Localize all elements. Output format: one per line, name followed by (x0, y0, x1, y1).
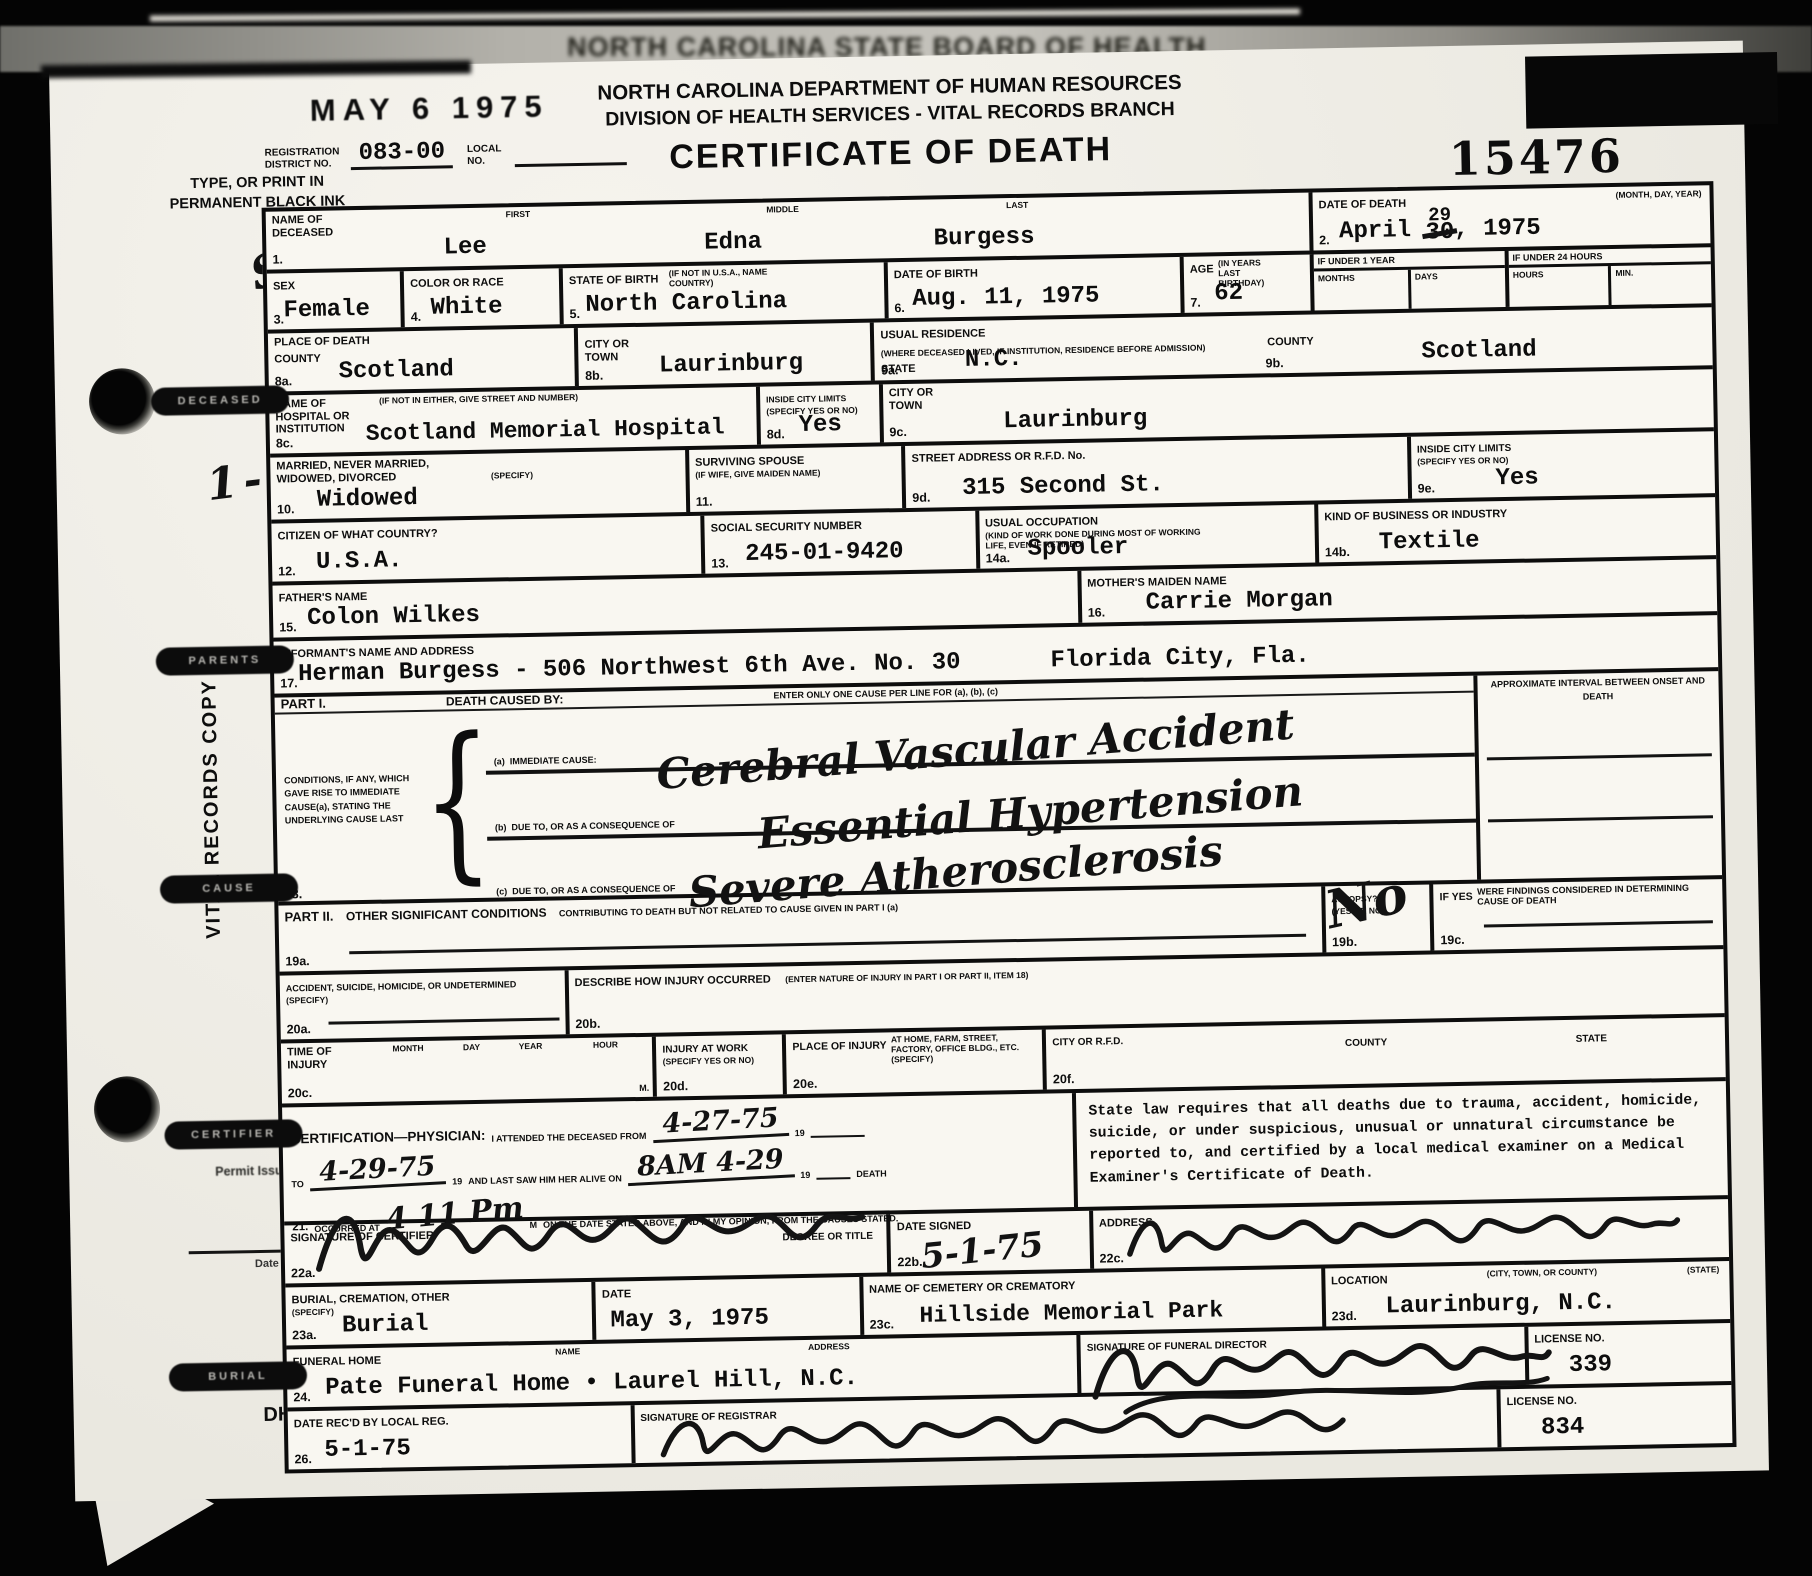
field-autopsy: AUTOPSY? (YES OR NO) 19b. No (1325, 884, 1434, 952)
accident-number: 20a. (287, 1022, 312, 1036)
spouse-sub: (IF WIFE, GIVE MAIDEN NAME) (695, 467, 896, 480)
field-residence-state: USUAL RESIDENCE (WHERE DECEASED LIVED, I… (874, 316, 1222, 380)
residence-county-value: Scotland (1421, 338, 1537, 364)
time-of-injury-number: 20c. (288, 1086, 313, 1100)
findings-pre-label: IF YES (1439, 891, 1472, 904)
pod-city-value: Laurinburg (659, 352, 803, 379)
date-received-label: DATE REC'D BY LOCAL REG. (294, 1416, 449, 1431)
field-citizen: CITIZEN OF WHAT COUNTRY? 12. U.S.A. (271, 516, 705, 582)
certificate-form: NAME OF DECEASED FIRST MIDDLE LAST 1. Le… (262, 181, 1737, 1473)
dod-year: , 1975 (1454, 214, 1541, 243)
birth-state-label: STATE OF BIRTH (569, 274, 659, 288)
funeral-home-label: FUNERAL HOME (293, 1355, 382, 1369)
days-label: DAYS (1411, 268, 1506, 309)
date-signed-number: 22b. (897, 1255, 922, 1269)
received-date-stamp: MAY 6 1975 (309, 88, 549, 128)
enter-only-label: ENTER ONLY ONE CAUSE PER LINE FOR (a), (… (773, 687, 998, 701)
field-sex: SEX 3. Female (267, 271, 405, 330)
hospital-icl-value: Yes (798, 413, 842, 438)
cause-a-tag: (a) (494, 756, 505, 766)
residence-city-value: Laurinburg (1003, 408, 1147, 435)
birth-state-value: North Carolina (585, 290, 787, 318)
field-certifier-signature: SIGNATURE OF CERTIFIER DEGREE OR TITLE 2… (284, 1214, 891, 1283)
first-name-value: Lee (443, 236, 487, 261)
first-label: FIRST (505, 209, 530, 219)
field-certifier-address: ADDRESS 22c. (1093, 1199, 1729, 1269)
cause-a-label: IMMEDIATE CAUSE: (510, 755, 597, 767)
accident-label: ACCIDENT, SUICIDE, HOMICIDE, OR UNDETERM… (286, 979, 517, 993)
location-sub2: (STATE) (1687, 1265, 1719, 1275)
cause-c-tag: (c) (496, 886, 507, 896)
tab-certifier: CERTIFIER (164, 1119, 302, 1150)
dod-sub-label: (MONTH, DAY, YEAR) (1616, 189, 1702, 200)
field-street-address: STREET ADDRESS OR R.F.D. No. 9d. 315 Sec… (905, 437, 1411, 508)
findings-number: 19c. (1440, 933, 1465, 947)
part1-label: PART I. (281, 697, 327, 713)
mother-number: 16. (1088, 605, 1106, 619)
describe-number: 20b. (575, 1017, 600, 1031)
tab-parents: PARENTS (156, 645, 294, 676)
middle-label: MIDDLE (766, 204, 799, 215)
hospital-number: 8c. (276, 436, 294, 450)
conditions-text: CONDITIONS, IF ANY, WHICH GAVE RISE TO I… (284, 772, 413, 828)
date-signed-label: DATE SIGNED (897, 1220, 972, 1234)
accident-line (328, 1017, 559, 1024)
hospital-icl-label: INSIDE CITY LIMITS (766, 394, 846, 405)
street-number: 9d. (912, 491, 930, 505)
age-value: 62 (1214, 282, 1243, 307)
part1-main: PART I. DEATH CAUSED BY: ENTER ONLY ONE … (275, 676, 1477, 902)
funeral-home-name-sub: NAME (555, 1346, 580, 1356)
burial-date-label: DATE (602, 1288, 631, 1301)
cause-b-label: DUE TO, OR AS A CONSEQUENCE OF (511, 819, 675, 832)
last-name-value: Burgess (933, 226, 1034, 252)
funeral-home-value: Pate Funeral Home • Laurel Hill, N.C. (325, 1367, 858, 1401)
field-if-under-24-hours: IF UNDER 24 HOURS HOURS MIN. (1508, 247, 1711, 307)
year-label: YEAR (519, 1041, 543, 1051)
marital-value: Widowed (317, 487, 418, 513)
cemetery-value: Hillside Memorial Park (919, 1299, 1223, 1328)
father-label: FATHER'S NAME (279, 591, 368, 605)
field-ssn: SOCIAL SECURITY NUMBER 13. 245-01-9420 (704, 511, 979, 574)
location-value: Laurinburg, N.C. (1385, 1291, 1616, 1319)
alive-year-prefix: 19 (800, 1170, 810, 1180)
months-label: MONTHS (1314, 270, 1412, 311)
pod-city-label: CITY OR TOWN (584, 338, 638, 364)
residence-icl-value: Yes (1495, 466, 1539, 491)
residence-city-number: 9c. (889, 425, 907, 439)
field-funeral-director: SIGNATURE OF FUNERAL DIRECTOR (1081, 1327, 1530, 1393)
interval-column: APPROXIMATE INTERVAL BETWEEN ONSET AND D… (1473, 671, 1722, 879)
pod-label: PLACE OF DEATH (274, 331, 569, 349)
field-place-of-injury: PLACE OF INJURY AT HOME, FARM, STREET, F… (786, 1030, 1047, 1095)
field-date-signed: DATE SIGNED 22b. 5-1-75 (891, 1211, 1094, 1273)
injury-location-number: 20f. (1053, 1072, 1075, 1086)
sex-value: Female (283, 298, 370, 324)
field-residence-inside-city: INSIDE CITY LIMITS (SPECIFY YES OR NO) 9… (1411, 431, 1715, 499)
cause-c-label: DUE TO, OR AS A CONSEQUENCE OF (512, 883, 676, 896)
punch-hole-top (88, 368, 155, 435)
burial-value: Burial (342, 1313, 429, 1339)
field-marital-status: MARRIED, NEVER MARRIED, WIDOWED, DIVORCE… (270, 450, 690, 520)
registrar-signature (654, 1392, 1355, 1471)
accident-sub: (SPECIFY) (286, 991, 559, 1006)
cause-lines: (a) IMMEDIATE CAUSE: Cerebral Vascular A… (485, 693, 1477, 901)
field-time-of-injury: TIME OF INJURY MONTH DAY YEAR HOUR 20c. … (281, 1037, 657, 1104)
last-saw-label: AND LAST SAW HIM HER ALIVE ON (468, 1173, 622, 1186)
meridiem-label: M. (639, 1083, 649, 1093)
dob-label: DATE OF BIRTH (894, 268, 978, 282)
field-burial-date: DATE May 3, 1975 (596, 1277, 864, 1340)
marital-label: MARRIED, NEVER MARRIED, WIDOWED, DIVORCE… (276, 457, 486, 486)
field-license-1: LICENSE NO. 339 (1528, 1323, 1731, 1385)
residence-county-number: 9b. (1265, 356, 1283, 370)
part2-label: PART II. (284, 910, 333, 926)
tab-deceased: DECEASED (151, 385, 289, 416)
other-conditions-label: OTHER SIGNIFICANT CONDITIONS (346, 907, 547, 924)
license1-value: 339 (1569, 1353, 1613, 1378)
certificate-page: TYPE, OR PRINT IN PERMANENT BLACK INK S … (49, 41, 1769, 1502)
name-label: NAME OF DECEASED (272, 213, 352, 240)
tab-burial: BURIAL (169, 1361, 307, 1392)
min-label: MIN. (1611, 264, 1711, 305)
place-of-injury-label: PLACE OF INJURY (792, 1039, 886, 1053)
alive-year-blank (816, 1164, 850, 1180)
age-item-number: 7. (1190, 296, 1201, 310)
injury-at-work-number: 20d. (663, 1079, 688, 1093)
race-value: White (430, 295, 502, 320)
other-conditions-line (349, 934, 1306, 955)
field-findings: IF YES WERE FINDINGS CONSIDERED IN DETER… (1433, 879, 1723, 950)
middle-name-value: Edna (704, 231, 762, 256)
field-industry: KIND OF BUSINESS OR INDUSTRY 14b. Textil… (1318, 497, 1716, 562)
describe-label: DESCRIBE HOW INJURY OCCURRED (575, 974, 771, 990)
field-if-under-1-year: IF UNDER 1 YEAR MONTHS DAYS (1313, 251, 1509, 311)
citizen-number: 12. (278, 564, 296, 578)
field-injury-at-work: INJURY AT WORK (SPECIFY YES OR NO) 20d. (656, 1034, 787, 1096)
alive-value: 8AM 4-29 (627, 1143, 795, 1186)
last-label: LAST (1006, 200, 1028, 210)
field-date-received: DATE REC'D BY LOCAL REG. 26. 5-1-75 (288, 1405, 636, 1469)
attended-label: I ATTENDED THE DECEASED FROM (491, 1131, 646, 1144)
redaction-block (1525, 52, 1778, 129)
location-sub1: (CITY, TOWN, OR COUNTY) (1487, 1267, 1598, 1279)
cause-b-tag: (b) (495, 822, 507, 832)
funeral-home-number: 24. (293, 1390, 311, 1404)
scan-streak (150, 8, 1300, 21)
dod-day-correction: 2930 (1425, 208, 1454, 243)
pod-city-number: 8b. (585, 369, 603, 383)
father-value: Colon Wilkes (307, 604, 480, 631)
dod-month: April (1339, 217, 1411, 245)
spouse-number: 11. (696, 495, 713, 509)
field-burial: BURIAL, CREMATION, OTHER (SPECIFY) 23a. … (285, 1282, 596, 1346)
interval-label: APPROXIMATE INTERVAL BETWEEN ONSET AND D… (1483, 674, 1713, 705)
field-hospital: NAME OF HOSPITAL OR INSTITUTION (IF NOT … (269, 387, 761, 454)
conditions-brace: { (421, 714, 494, 886)
state-law-notice: State law requires that all deaths due t… (1076, 1081, 1728, 1207)
punch-hole-bottom (93, 1076, 160, 1143)
place-of-injury-sub: AT HOME, FARM, STREET, FACTORY, OFFICE B… (891, 1033, 1022, 1065)
hospital-sub: (IF NOT IN EITHER, GIVE STREET AND NUMBE… (379, 393, 578, 406)
time-of-injury-label: TIME OF INJURY (287, 1045, 347, 1071)
describe-sub: (ENTER NATURE OF INJURY IN PART I OR PAR… (785, 971, 1028, 985)
injury-at-work-label: INJURY AT WORK (662, 1043, 748, 1056)
row-part1-cause: PART I. DEATH CAUSED BY: ENTER ONLY ONE … (275, 671, 1723, 905)
father-number: 15. (279, 620, 297, 634)
citizen-label: CITIZEN OF WHAT COUNTRY? (277, 528, 437, 544)
race-label: COLOR OR RACE (410, 276, 504, 290)
street-value: 315 Second St. (962, 473, 1164, 501)
residence-icl-number: 9e. (1418, 481, 1436, 495)
residence-city-label: CITY OR TOWN (889, 386, 935, 412)
field-accident: ACCIDENT, SUICIDE, HOMICIDE, OR UNDETERM… (280, 970, 570, 1039)
death-word: DEATH (856, 1168, 887, 1179)
residence-icl-label: INSIDE CITY LIMITS (1417, 443, 1511, 456)
ssn-label: SOCIAL SECURITY NUMBER (711, 520, 862, 535)
residence-state-label: STATE (881, 357, 1216, 376)
date-label: Date (255, 1258, 279, 1270)
dod-day-struck: 30 (1425, 223, 1454, 243)
agency-header: NORTH CAROLINA DEPARTMENT OF HUMAN RESOU… (554, 70, 1226, 179)
informant-number: 17. (280, 676, 298, 690)
burial-label: BURIAL, CREMATION, OTHER (291, 1292, 449, 1308)
field-surviving-spouse: SURVIVING SPOUSE (IF WIFE, GIVE MAIDEN N… (689, 446, 907, 512)
findings-line (1484, 920, 1713, 927)
citizen-value: U.S.A. (316, 549, 403, 575)
cemetery-label: NAME OF CEMETERY OR CREMATORY (869, 1280, 1076, 1296)
residence-sub: (WHERE DECEASED LIVED, IF INSTITUTION, R… (881, 343, 1206, 359)
tab-cause: CAUSE (160, 873, 298, 904)
other-conditions-number: 19a. (285, 954, 310, 968)
industry-number: 14b. (1325, 545, 1350, 559)
day-label: DAY (463, 1042, 480, 1052)
field-age: AGE (IN YEARS LAST BIRTHDAY) 7. 62 (1184, 255, 1315, 313)
from-year-prefix: 19 (795, 1128, 805, 1138)
field-hospital-inside-city: INSIDE CITY LIMITS (SPECIFY YES OR NO) 8… (760, 384, 884, 444)
local-no-label: LOCAL NO. (467, 143, 511, 168)
to-year-prefix: 19 (452, 1176, 462, 1186)
birth-state-item-number: 5. (569, 307, 580, 321)
from-year-blank (811, 1122, 865, 1138)
field-occupation: USUAL OCCUPATION (KIND OF WORK DONE DURI… (979, 504, 1319, 568)
certification-head: CERTIFICATION—PHYSICIAN: (291, 1128, 486, 1147)
residence-state-value: N.C. (965, 348, 1023, 373)
registration-district-label: REGISTRATION DISTRICT NO. (264, 146, 350, 172)
residence-county-label: COUNTY (1267, 336, 1314, 349)
cemetery-number: 23c. (870, 1317, 895, 1331)
interval-line-a (1486, 753, 1712, 760)
certifier-signature (310, 1181, 872, 1287)
field-injury-location: CITY OR R.F.D. COUNTY STATE 20f. (1046, 1017, 1726, 1089)
hours-label: HOURS (1509, 266, 1612, 307)
ssn-number: 13. (711, 556, 729, 570)
license2-value: 834 (1541, 1416, 1585, 1441)
residence-state-number: 9a. (881, 363, 899, 377)
dob-item-number: 6. (894, 301, 905, 315)
injury-county-label: COUNTY (1345, 1037, 1387, 1049)
burial-date-value: May 3, 1975 (610, 1307, 769, 1334)
marital-sub: (SPECIFY) (491, 470, 533, 481)
certifier-address-handwriting (1123, 1190, 1684, 1270)
conditions-note: CONDITIONS, IF ANY, WHICH GAVE RISE TO I… (275, 711, 488, 905)
to-label: TO (291, 1179, 304, 1189)
document-title: CERTIFICATE OF DEATH (555, 128, 1226, 179)
informant-city: Florida City, Fla. (1050, 643, 1310, 675)
residence-label: USUAL RESIDENCE (880, 328, 985, 343)
field-date-of-death: DATE OF DEATH (MONTH, DAY, YEAR) 2. Apri… (1312, 185, 1710, 250)
field-burial-location: LOCATION (CITY, TOWN, OR COUNTY) (STATE)… (1325, 1261, 1730, 1326)
occupation-number: 14a. (986, 551, 1011, 565)
certifier-address-number: 22c. (1099, 1251, 1124, 1265)
ssn-value: 245-01-9420 (745, 540, 904, 567)
hour-label: HOUR (593, 1039, 618, 1049)
place-of-injury-number: 20e. (793, 1077, 818, 1091)
race-item-number: 4. (411, 310, 422, 324)
birth-state-sub: (IF NOT IN U.S.A., NAME COUNTRY) (669, 267, 809, 289)
month-label: MONTH (392, 1043, 423, 1054)
occupation-value: Spooler (1027, 536, 1128, 562)
mother-value: Carrie Morgan (1145, 588, 1333, 615)
street-label: STREET ADDRESS OR R.F.D. No. (912, 450, 1086, 466)
dod-item-number: 2. (1319, 233, 1330, 247)
industry-label: KIND OF BUSINESS OR INDUSTRY (1324, 508, 1507, 524)
certificate-number: 15476 (1448, 129, 1624, 186)
injury-state-label: STATE (1576, 1033, 1608, 1045)
field-residence-county: COUNTY 9b. Scotland (1221, 307, 1713, 374)
registration-district-value: 083-00 (350, 138, 453, 170)
date-received-value: 5-1-75 (324, 1437, 411, 1463)
funeral-home-address-sub: ADDRESS (808, 1341, 850, 1352)
dod-value: April 2930, 1975 (1339, 206, 1541, 244)
field-mother: MOTHER'S MAIDEN NAME 16. Carrie Morgan (1081, 559, 1717, 623)
age-label: AGE (1190, 263, 1214, 276)
injury-at-work-sub: (SPECIFY YES OR NO) (663, 1055, 777, 1067)
field-pod-county: PLACE OF DEATH COUNTY 8a. Scotland (268, 328, 579, 392)
to-value: 4-29-75 (309, 1150, 447, 1191)
field-pod-city: CITY OR TOWN 8b. Laurinburg (578, 323, 875, 386)
field-state-of-birth: STATE OF BIRTH (IF NOT IN U.S.A., NAME C… (563, 262, 889, 324)
date-received-number: 26. (294, 1452, 312, 1466)
dob-value: Aug. 11, 1975 (912, 284, 1100, 311)
name-item-number: 1. (272, 252, 283, 266)
hospital-value: Scotland Memorial Hospital (366, 416, 725, 446)
scanned-death-certificate: NORTH CAROLINA STATE BOARD OF HEALTH TYP… (0, 0, 1812, 1576)
industry-value: Textile (1379, 530, 1480, 556)
attended-from-value: 4-27-75 (651, 1102, 789, 1143)
hospital-label: NAME OF HOSPITAL OR INSTITUTION (275, 397, 368, 437)
pod-county-label: COUNTY (274, 352, 321, 365)
injury-city-label: CITY OR R.F.D. (1052, 1036, 1123, 1049)
location-label: LOCATION (1331, 1274, 1388, 1288)
sex-label: SEX (273, 280, 295, 293)
marital-number: 10. (277, 502, 295, 516)
pod-county-value: Scotland (338, 358, 454, 384)
burial-number: 23a. (292, 1328, 317, 1342)
field-race: COLOR OR RACE 4. White (404, 268, 564, 327)
findings-label: WERE FINDINGS CONSIDERED IN DETERMINING … (1477, 882, 1707, 906)
interval-line-b (1487, 815, 1713, 822)
hospital-icl-number: 8d. (767, 427, 785, 441)
field-date-of-birth: DATE OF BIRTH 6. Aug. 11, 1975 (888, 257, 1185, 318)
